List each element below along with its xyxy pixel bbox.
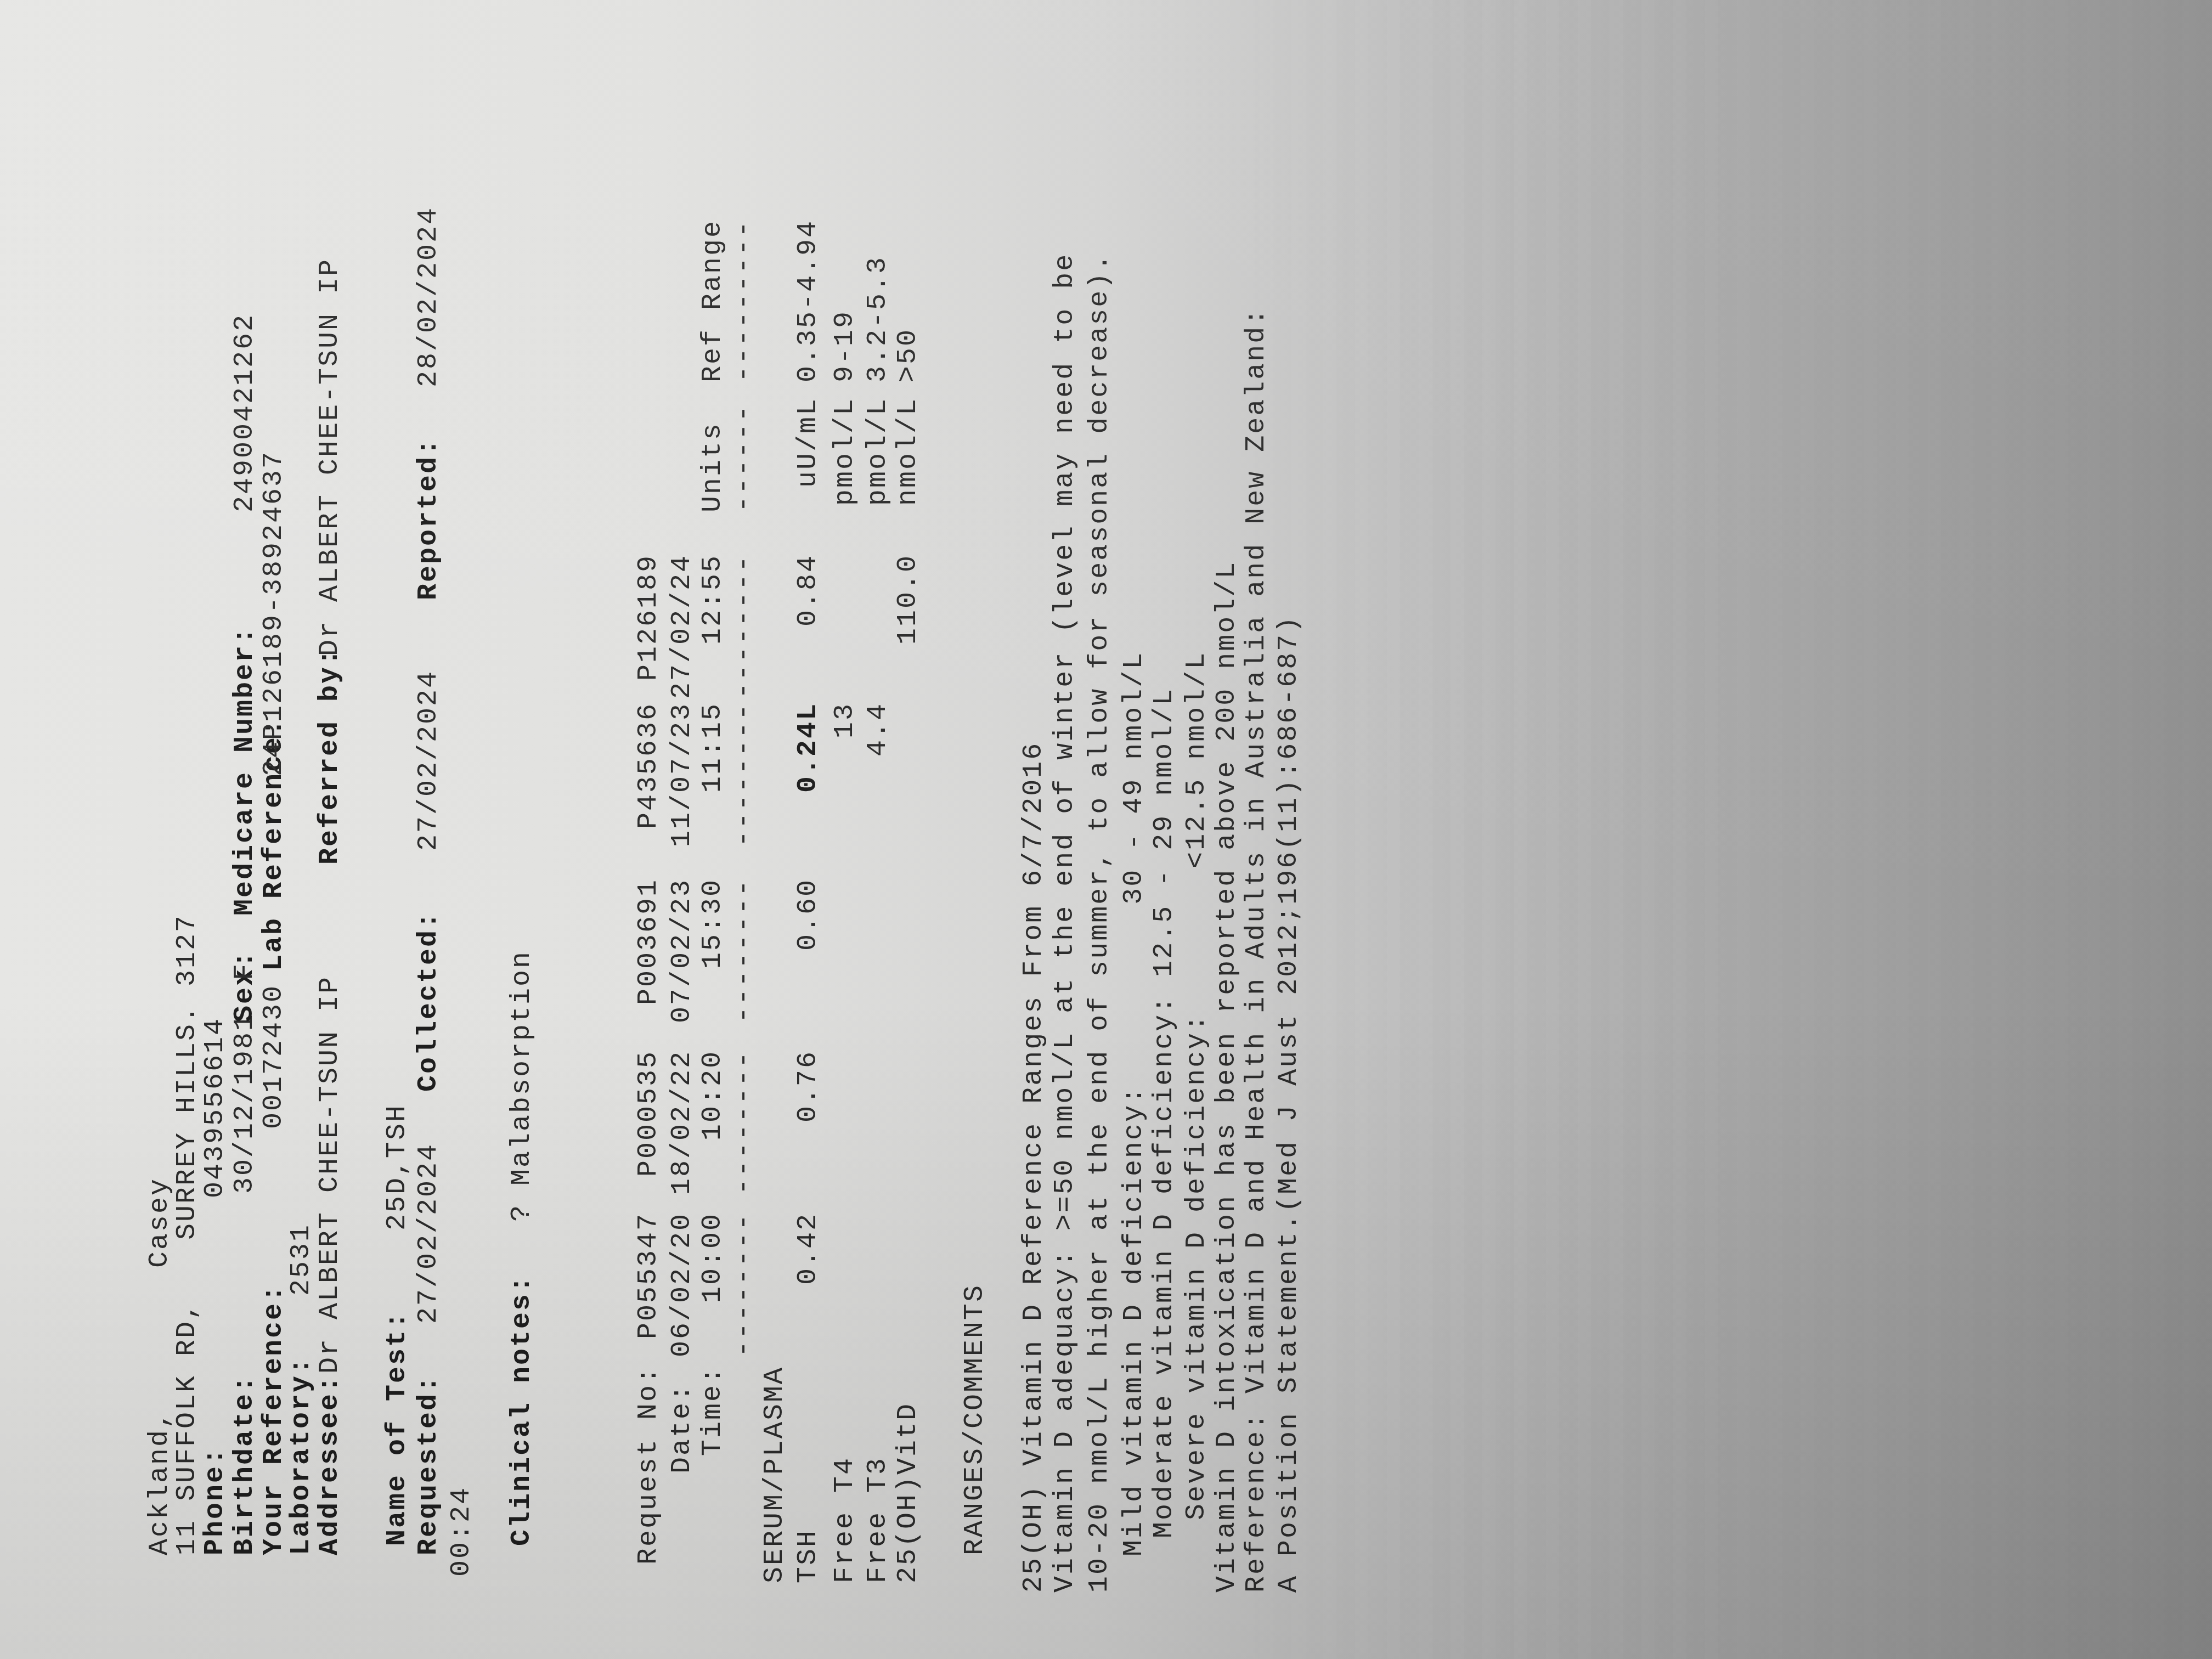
result-value: 13 [830,702,861,861]
date-label: Date: [667,1383,698,1474]
reported-label: Reported: [414,437,444,600]
column-divider-dashes: -------- [729,702,759,861]
laboratory-label: Laboratory: [286,1356,317,1555]
lab-report-page: Ackland, Casey 11 SUFFOLK RD, SURREY HIL… [0,0,2212,1659]
laboratory-value: 2531 [286,1223,317,1296]
your-reference-label: Your Reference: [259,1284,290,1555]
result-value: 0.76 [793,1050,824,1209]
result-ref-range: >50 [893,328,924,382]
medicare-value: 24900421262 [230,313,261,512]
request-time: 15:30 [698,878,729,1037]
result-value: 110.0 [893,554,924,713]
sex-value: F [230,962,261,980]
comment-line: Severe vitamin D deficiency: <12.5 nmol/… [1182,651,1212,1593]
lab-reference-value: 24P126189-38924637 [259,450,290,776]
request-no: P126189 [634,554,664,713]
time-label: Time: [698,1365,729,1456]
column-divider-dashes: -------- [729,878,759,1037]
ref-range-dashes: --------- [729,219,759,382]
result-value: 4.4 [863,702,894,861]
column-divider-dashes: -------- [729,1050,759,1209]
column-divider-dashes: -------- [729,554,759,713]
units-header: Units [698,422,729,512]
requested-time: 00:24 [447,1486,477,1577]
test-name: 25(OH)VitD [893,1402,924,1583]
birthdate-label: Birthdate: [230,1374,261,1555]
comment-line: A Position Statement.(Med J Aust 2012;19… [1274,615,1305,1593]
request-no: P435636 [634,702,664,861]
referred-by-value: Dr ALBERT CHEE-TSUN IP [315,258,346,656]
request-no: P055347 [634,1212,664,1372]
addressee-label: Addressee: [315,1374,346,1555]
result-units: nmol/L [893,397,924,562]
result-value: 0.84 [793,554,824,713]
phone-label: Phone: [200,1447,231,1555]
result-units: pmol/L [863,397,894,562]
patient-suburb: SURREY HILLS. 3127 [172,914,203,1240]
requested-date: 27/02/2024 [414,1143,444,1324]
phone-value: 0439556614 [200,1017,231,1198]
request-date: 07/02/23 [667,878,698,1037]
your-reference-value: 00172430 [259,984,290,1129]
clinical-notes-label: Clinical notes: [507,1274,538,1546]
request-time: 11:15 [698,702,729,861]
patient-surname: Ackland, [145,1410,176,1555]
test-name-value: 25D,TSH [382,1104,413,1231]
result-value: 0.60 [793,878,824,1037]
section-serum-plasma: SERUM/PLASMA [760,1366,791,1583]
request-no: P003691 [634,878,664,1037]
comment-line: Vitamin D intoxication has been reported… [1212,561,1243,1593]
comment-line: Mild vitamin D deficiency: 30 - 49 nmol/… [1119,651,1150,1593]
reported-date: 28/02/2024 [414,206,444,387]
column-divider-dashes: -------- [729,1212,759,1372]
collected-label: Collected: [414,911,444,1092]
result-units: pmol/L [830,397,861,562]
test-name: Free T4 [830,1457,861,1583]
request-date: 06/02/20 [667,1212,698,1372]
test-name: Free T3 [863,1457,894,1583]
addressee-value: Dr ALBERT CHEE-TSUN IP [315,975,346,1374]
test-name-label: Name of Test: [382,1311,413,1546]
result-ref-range: 9-19 [830,310,861,382]
result-units: uU/mL [793,397,824,562]
result-ref-range: 0.35-4.94 [793,219,824,382]
test-name: TSH [793,1529,824,1583]
comment-line: Reference: Vitamin D and Health in Adult… [1242,307,1272,1593]
referred-by-label: Referred by: [315,647,346,865]
result-ref-range: 3.2-5.3 [863,256,894,382]
request-date: 27/02/24 [667,554,698,713]
requested-label: Requested: [414,1374,444,1555]
units-dashes: ------ [729,404,759,512]
clinical-notes-value: ? Malabsorption [507,950,538,1222]
comments-heading: RANGES/COMMENTS [960,1284,991,1555]
request-date: 11/07/23 [667,702,698,861]
request-time: 10:00 [698,1212,729,1372]
birthdate-value: 30/12/1981 [230,1013,261,1194]
medicare-label: Medicare Number: [230,626,261,916]
ref-range-header: Ref Range [698,219,729,382]
comment-line: Moderate vitamin D deficiency: 12.5 - 29… [1149,687,1180,1593]
comment-line: 25(OH) Vitamin D Reference Ranges From 6… [1019,742,1049,1593]
comment-line: Vitamin D adequacy: >=50 nmol/L at the e… [1050,253,1081,1593]
request-no-label: Request No: [634,1365,664,1565]
patient-address: 11 SUFFOLK RD, [172,1302,203,1555]
request-date: 18/02/22 [667,1050,698,1209]
request-time: 12:55 [698,554,729,713]
request-no: P000535 [634,1050,664,1209]
patient-given-name: Casey [145,1177,176,1268]
request-time: 10:20 [698,1050,729,1209]
result-value: 0.42 [793,1212,824,1372]
result-value-flagged: 0.24L [793,702,824,861]
collected-date: 27/02/2024 [414,670,444,851]
comment-line: 10-20 nmol/L higher at the end of summer… [1085,253,1115,1593]
sex-label: Sex: [230,950,261,1022]
